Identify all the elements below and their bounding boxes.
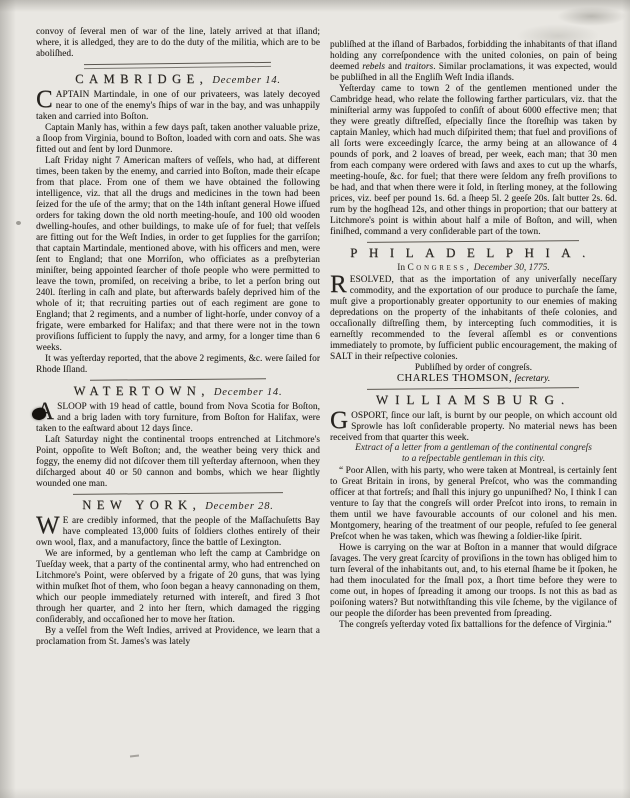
news-paragraph: Laſt Friday night 7 American maſters of … [36, 155, 320, 353]
dateline-williamsburg: WILLIAMSBURG. [330, 391, 617, 409]
news-paragraph: Captain Manly has, within a few days paſ… [36, 122, 320, 155]
drop-cap: G [330, 410, 351, 432]
section-title: WATERTOWN, [74, 384, 210, 398]
page-columns: convoy of ſeveral men of war of the line… [0, 0, 630, 772]
paragraph-text: ESOLVED, that as the importation of any … [330, 274, 617, 361]
paper-speck [16, 221, 21, 225]
letter-paragraph: Howe is carrying on the war at Boſton in… [330, 542, 617, 619]
news-paragraph: GOSPORT, ſince our laſt, is burnt by our… [330, 410, 617, 443]
extract-heading-line1: Extract of a letter from a gentleman of … [330, 443, 617, 454]
section-philadelphia: PHILADELPHIA. In Congress, December 30, … [330, 241, 617, 384]
paragraph-text: E are credibly informed, that the people… [36, 515, 320, 547]
paragraph-text: SLOOP with 19 head of cattle, bound from… [36, 401, 320, 433]
news-paragraph: By a veſſel from the Weſt Indies, arrive… [36, 625, 320, 647]
congress-date: December 30, 1775. [471, 263, 549, 273]
dateline-cambridge: CAMBRIDGE, December 14. [36, 70, 320, 88]
drop-cap: C [36, 89, 56, 111]
paragraph-text: and [385, 61, 405, 71]
extract-heading-line2: to a reſpectable gentleman in this city. [330, 454, 617, 465]
news-paragraph: We are informed, by a gentleman who left… [36, 548, 320, 625]
section-title: WILLIAMSBURG. [376, 392, 571, 407]
letter-paragraph: The congreſs yeſterday voted ſix battall… [330, 619, 617, 630]
paragraph-text: OSPORT, ſince our laſt, is burnt by our … [330, 410, 617, 442]
paragraph-text: APTAIN Martindale, in one of our private… [36, 89, 320, 121]
signature-name: CHARLES THOMSON, [397, 373, 512, 384]
section-williamsburg: WILLIAMSBURG. GOSPORT, ſince our laſt, i… [330, 388, 617, 630]
published-line: Publiſhed by order of congreſs. [330, 362, 617, 373]
section-cambridge: CAMBRIDGE, December 14. CAPTAIN Martinda… [36, 63, 320, 375]
congress-prefix: In [397, 263, 407, 273]
emphasis-word: traitors [405, 61, 433, 71]
news-paragraph: It was yeſterday reported, that the abov… [36, 353, 320, 375]
emphasis-word: rebels [362, 61, 385, 71]
congress-dateline: In Congress, December 30, 1775. [330, 263, 617, 273]
news-paragraph: ASLOOP with 19 head of cattle, bound fro… [36, 401, 320, 434]
drop-cap: R [330, 274, 350, 296]
section-watertown: WATERTOWN, December 14. ASLOOP with 19 h… [36, 379, 320, 489]
section-rule [73, 492, 283, 495]
news-paragraph: Yeſterday came to town 2 of the gentleme… [330, 83, 617, 237]
section-rule [84, 62, 271, 69]
section-title: PHILADELPHIA. [350, 245, 597, 260]
signature-line: CHARLES THOMSON, ſecretary. [330, 373, 617, 384]
right-column: publiſhed at the iſland of Barbados, for… [330, 26, 617, 772]
section-date: December 14. [212, 75, 281, 86]
dateline-philadelphia: PHILADELPHIA. [330, 244, 617, 262]
section-rule [90, 378, 266, 381]
carryover-paragraph: convoy of ſeveral men of war of the line… [36, 26, 320, 59]
scan-smudge [510, 0, 630, 58]
news-paragraph: WE are credibly informed, that the peopl… [36, 515, 320, 548]
section-rule [367, 387, 579, 390]
drop-cap: W [36, 515, 63, 537]
dateline-watertown: WATERTOWN, December 14. [36, 382, 320, 400]
section-title: CAMBRIDGE, [75, 72, 208, 86]
section-title: NEW YORK, [82, 498, 201, 512]
news-paragraph: CAPTAIN Martindale, in one of our privat… [36, 89, 320, 122]
section-date: December 14. [214, 387, 283, 398]
congress-word: Congress, [407, 263, 471, 273]
section-date: December 28. [205, 501, 274, 512]
left-column: convoy of ſeveral men of war of the line… [36, 26, 320, 772]
newspaper-page: convoy of ſeveral men of war of the line… [0, 0, 630, 798]
signature-role: ſecretary. [512, 373, 550, 383]
letter-paragraph: “ Poor Allen, with his party, who were t… [330, 465, 617, 542]
news-paragraph: Laſt Saturday night the continental troo… [36, 434, 320, 489]
section-rule [367, 240, 579, 243]
dateline-newyork: NEW YORK, December 28. [36, 496, 320, 514]
resolution-paragraph: RESOLVED, that as the importation of any… [330, 274, 617, 362]
section-newyork: NEW YORK, December 28. WE are credibly i… [36, 493, 320, 647]
